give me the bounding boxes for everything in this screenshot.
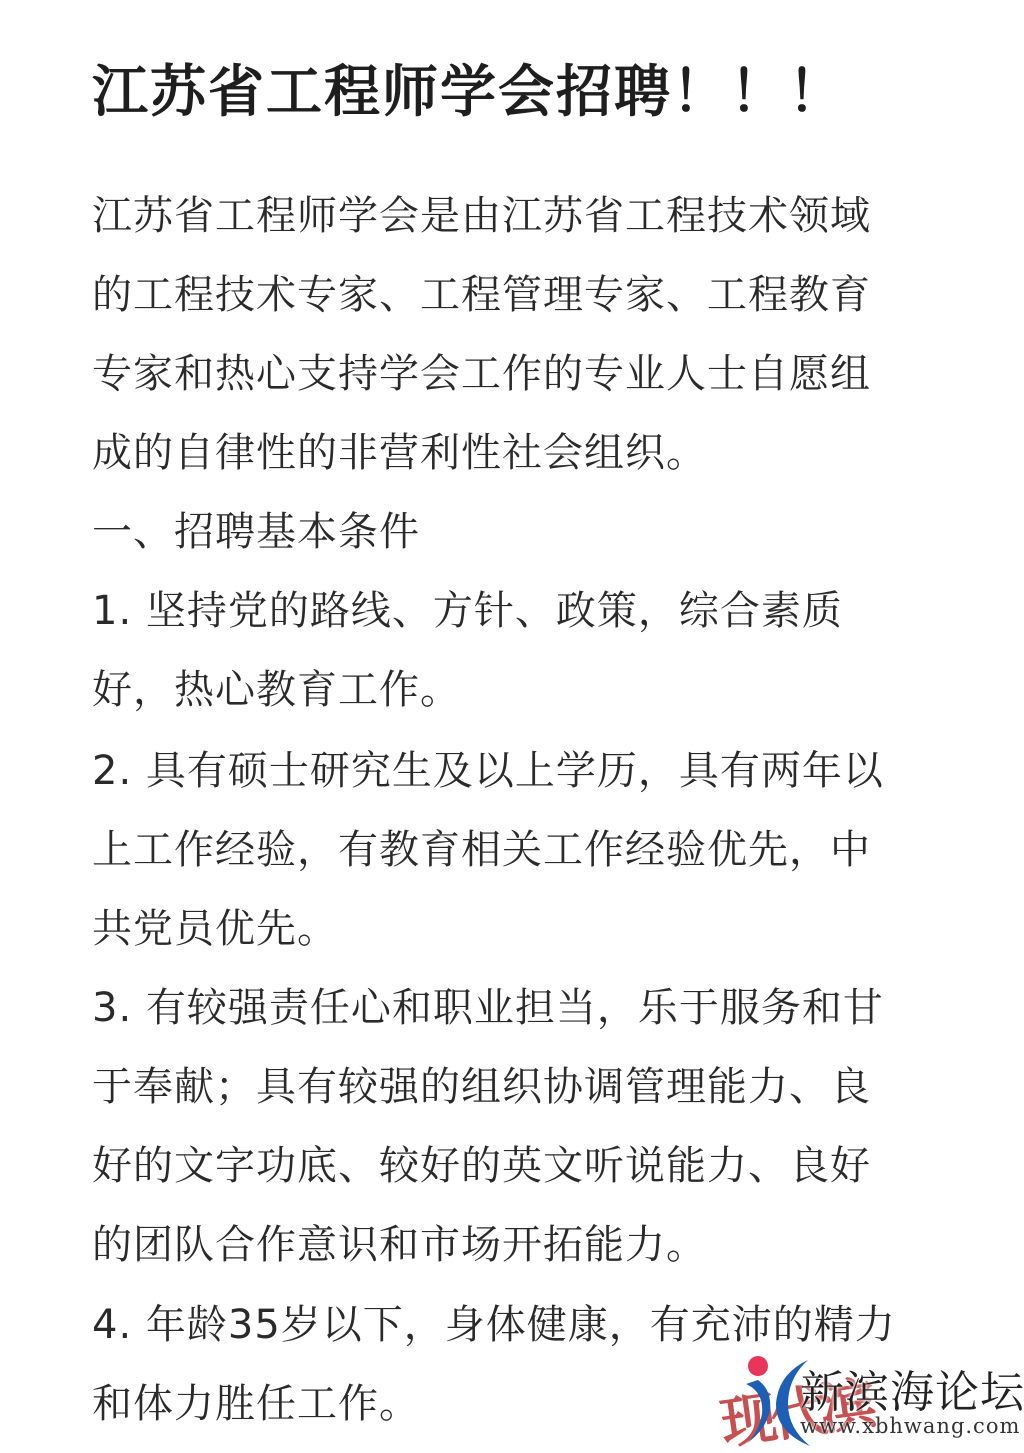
- condition-item-4: 和体力胜任工作。: [92, 1378, 420, 1430]
- watermark-site-name: 新滨海论坛: [800, 1356, 1024, 1420]
- condition-item-2: 上工作经验，有教育相关工作经验优先，中: [92, 824, 871, 876]
- section-heading: 一、招聘基本条件: [92, 506, 420, 558]
- condition-item-3: 3. 有较强责任心和职业担当，乐于服务和甘: [92, 982, 884, 1034]
- intro-line: 江苏省工程师学会是由江苏省工程技术领域: [92, 190, 871, 242]
- intro-line: 成的自律性的非营利性社会组织。: [92, 427, 707, 479]
- condition-item-4: 4. 年龄35岁以下，身体健康，有充沛的精力: [92, 1299, 896, 1351]
- condition-item-2: 2. 具有硕士研究生及以上学历，具有两年以: [92, 745, 884, 797]
- condition-item-3: 的团队合作意识和市场开拓能力。: [92, 1219, 707, 1271]
- condition-item-1: 好，热心教育工作。: [92, 664, 461, 716]
- intro-line: 的工程技术专家、工程管理专家、工程教育: [92, 269, 871, 321]
- condition-item-1: 1. 坚持党的路线、方针、政策，综合素质: [92, 585, 843, 637]
- watermark-url: www.xbhwang.com: [800, 1414, 1020, 1438]
- condition-item-3: 好的文字功底、较好的英文听说能力、良好: [92, 1140, 871, 1192]
- site-watermark: 现代滨 新滨海论坛 www.xbhwang.com: [720, 1352, 1020, 1448]
- page-title: 江苏省工程师学会招聘！！！: [92, 58, 846, 128]
- recruitment-post: 江苏省工程师学会招聘！！！ 江苏省工程师学会是由江苏省工程技术领域 的工程技术专…: [0, 0, 1024, 1453]
- condition-item-3: 于奉献；具有较强的组织协调管理能力、良: [92, 1061, 871, 1113]
- intro-line: 专家和热心支持学会工作的专业人士自愿组: [92, 348, 871, 400]
- condition-item-2: 共党员优先。: [92, 903, 338, 955]
